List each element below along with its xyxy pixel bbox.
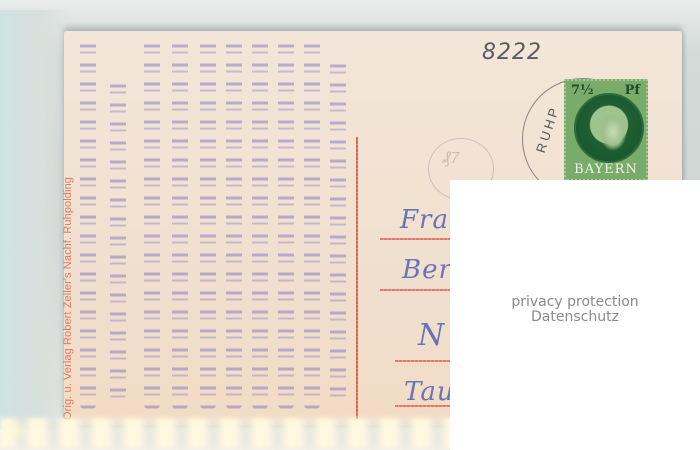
address-line-2: Ber [402, 255, 452, 285]
background-left [0, 10, 70, 430]
stamp-country: BAYERN [566, 162, 646, 177]
handwriting-column [252, 40, 268, 410]
address-rule [380, 238, 450, 240]
handwriting-column [200, 40, 216, 410]
faint-postmark-text: ₰7 [442, 150, 459, 168]
postage-stamp: 7½ Pf BAYERN [564, 79, 648, 181]
stamp-currency: Pf [625, 83, 640, 98]
catalog-number: 8222 [482, 40, 542, 65]
address-line-4: Tau [404, 377, 455, 407]
address-line-3: N [418, 318, 445, 353]
publisher-imprint: Orig. u. Verlag Robert Zeller's Nachf. R… [62, 177, 74, 420]
privacy-overlay: privacy protection Datenschutz [450, 180, 700, 450]
handwriting-column [278, 40, 294, 410]
address-divider-line [356, 137, 358, 419]
handwriting-column [330, 60, 346, 400]
handwriting-column [144, 40, 160, 410]
privacy-notice: privacy protection Datenschutz [450, 295, 700, 325]
address-line-1: Fra [400, 205, 449, 235]
privacy-line-english: privacy protection [450, 295, 700, 310]
address-rule [395, 405, 450, 407]
address-rule [380, 289, 450, 291]
handwriting-column [226, 40, 242, 410]
handwritten-message [66, 40, 356, 420]
light-reflection-strip [0, 418, 460, 448]
privacy-line-german: Datenschutz [450, 310, 700, 325]
stamp-portrait-medallion [574, 93, 644, 163]
stamp-value: 7½ [571, 83, 594, 98]
address-rule [395, 360, 450, 362]
handwriting-column [304, 40, 320, 410]
handwriting-column [110, 80, 126, 400]
handwriting-column [172, 40, 188, 410]
handwriting-column [80, 40, 96, 410]
king-portrait-icon [598, 113, 628, 155]
